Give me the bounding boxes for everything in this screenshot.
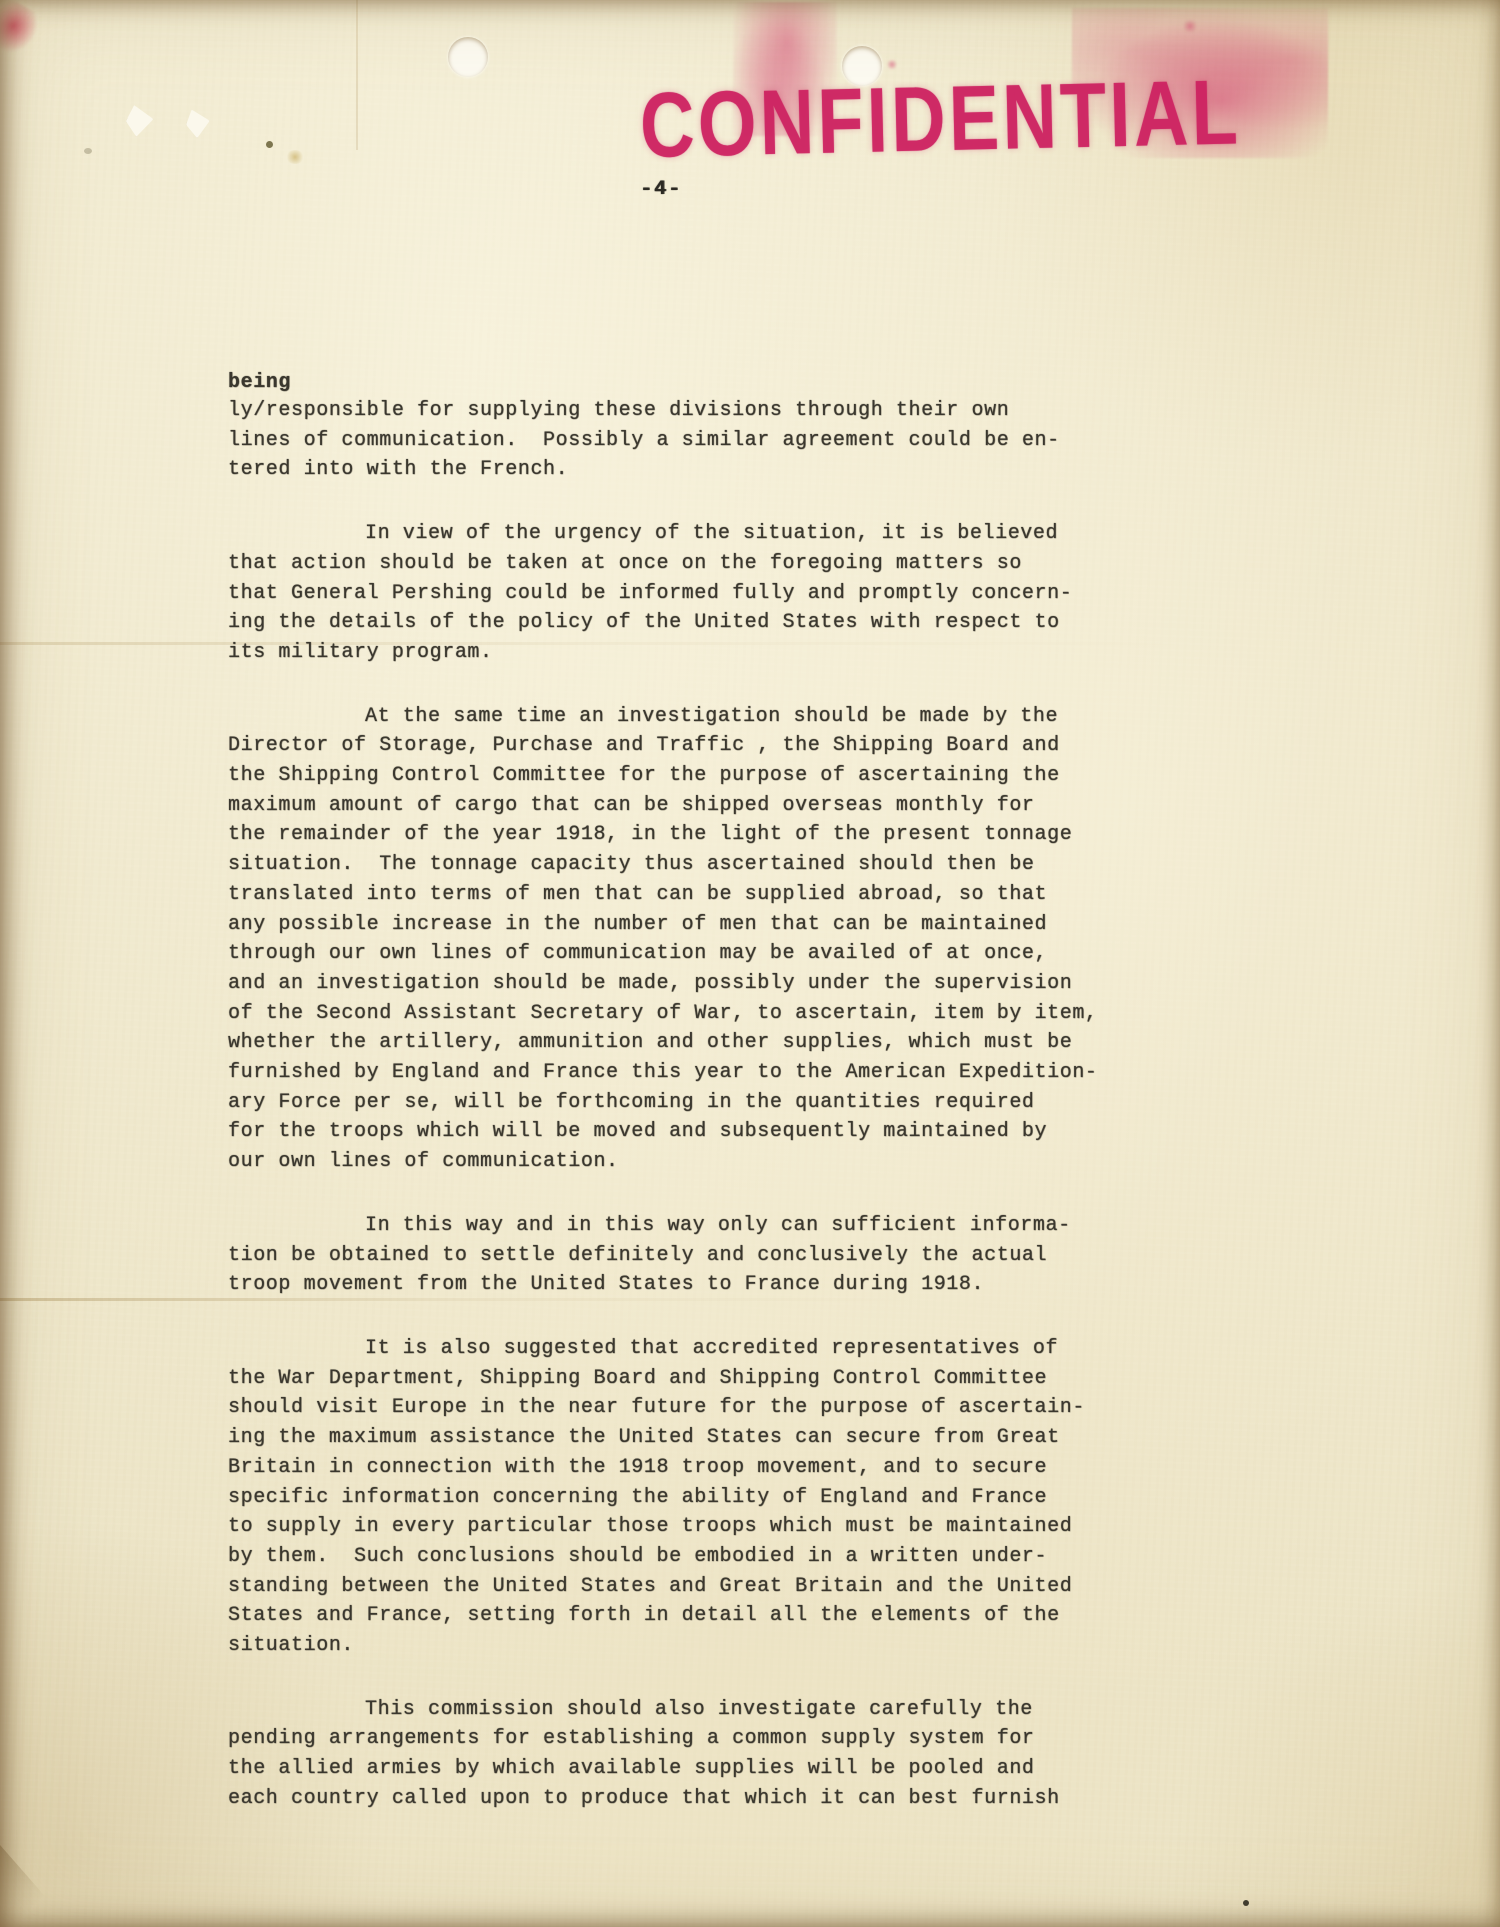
paper-speck	[266, 141, 273, 148]
paragraph: In view of the urgency of the situation,…	[228, 519, 1148, 668]
paper-tear	[185, 108, 212, 139]
paragraph: At the same time an investigation should…	[228, 702, 1148, 1177]
paper-crease	[356, 0, 358, 150]
page-number: -4-	[640, 178, 682, 201]
stamp-ink-smudge	[886, 60, 898, 69]
confidential-stamp: CONFIDENTIAL	[639, 66, 1242, 172]
paragraph: It is also suggested that accredited rep…	[228, 1334, 1148, 1661]
punch-hole	[448, 37, 488, 77]
paper-stain	[286, 150, 304, 164]
inserted-word: being	[228, 370, 1148, 396]
paragraph-list: ly/responsible for supplying these divis…	[228, 396, 1148, 1814]
scanned-document-page: CONFIDENTIAL -4- being ly/responsible fo…	[0, 0, 1500, 1927]
document-body: being ly/responsible for supplying these…	[228, 370, 1148, 1848]
paragraph: ly/responsible for supplying these divis…	[228, 396, 1148, 485]
corner-fold	[0, 1845, 72, 1927]
paragraph: In this way and in this way only can suf…	[228, 1211, 1148, 1300]
paper-speck	[1243, 1900, 1249, 1906]
stamp-ink-smudge	[0, 0, 45, 61]
stamp-ink-smudge	[1182, 20, 1198, 32]
paper-tear	[124, 104, 155, 138]
paragraph: This commission should also investigate …	[228, 1695, 1148, 1814]
paper-speck	[84, 148, 92, 154]
